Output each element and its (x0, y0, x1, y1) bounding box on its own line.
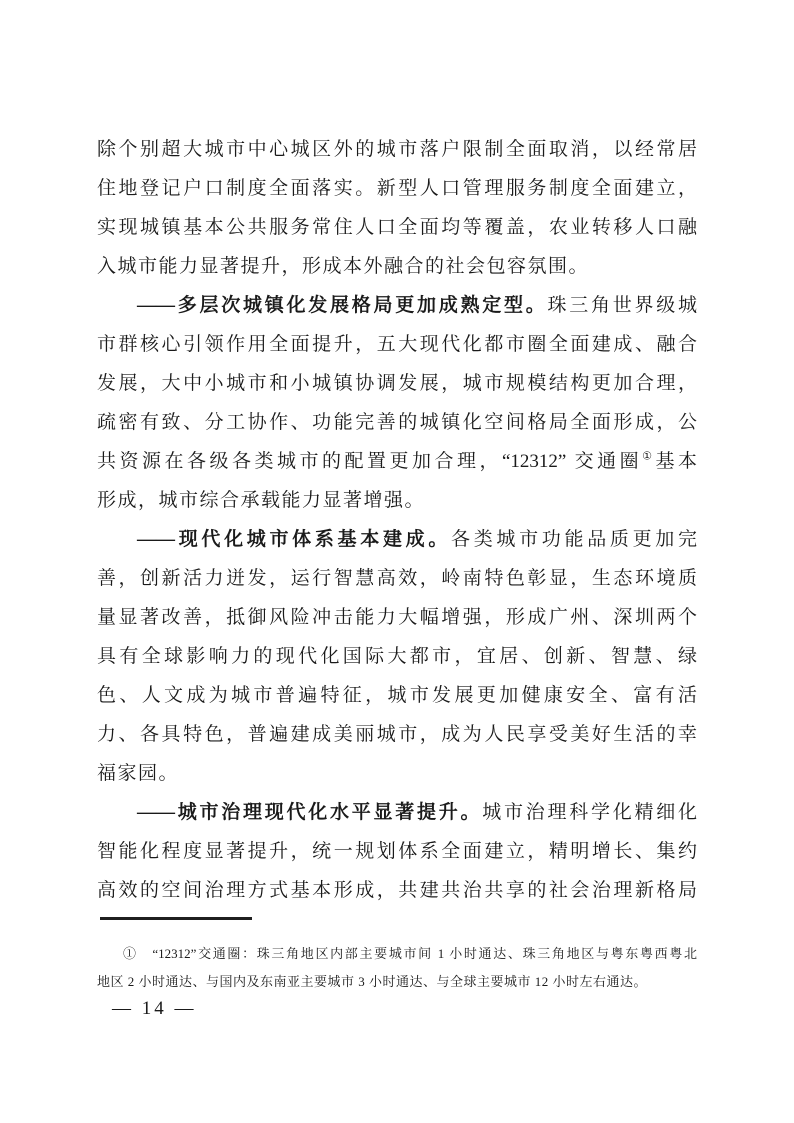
text-run: 具有全球影响力的现代化国际大都市，宜居、创新、智慧、绿 (97, 646, 697, 667)
text-run: 高效的空间治理方式基本形成，共建共治共享的社会治理新格局 (97, 880, 697, 901)
document-body: 除个别超大城市中心城区外的城市落户限制全面取消，以经常居住地登记户口制度全面落实… (97, 130, 697, 910)
text-line: 住地登记户口制度全面落实。新型人口管理服务制度全面建立， (97, 169, 697, 208)
text-run: 各类城市功能品质更加完 (451, 529, 697, 550)
text-line: 高效的空间治理方式基本形成，共建共治共享的社会治理新格局 (97, 871, 697, 910)
text-line: 智能化程度显著提升，统一规划体系全面建立，精明增长、集约 (97, 832, 697, 871)
text-run: 共资源在各级各类城市的配置更加合理，“12312” 交通圈 (97, 451, 642, 472)
text-line: 地区 2 小时通达、与国内及东南亚主要城市 3 小时通达、与全球主要城市 12 … (97, 968, 697, 996)
paragraph: ——现代化城市体系基本建成。各类城市功能品质更加完善，创新活力迸发，运行智慧高效… (97, 520, 697, 793)
text-run: 色、人文成为城市普遍特征，城市发展更加健康安全、富有活 (97, 685, 697, 706)
page-number: — 14 — (112, 998, 197, 1020)
text-run: ① “12312”交通圈：珠三角地区内部主要城市间 1 小时通达、珠三角地区与粤… (123, 946, 697, 961)
text-run: 实现城镇基本公共服务常住人口全面均等覆盖，农业转移人口融 (97, 217, 697, 238)
text-line: 力、各具特色，普遍建成美丽城市，成为人民享受美好生活的幸 (97, 715, 697, 754)
text-line: 市群核心引领作用全面提升，五大现代化都市圈全面建成、融合 (97, 325, 697, 364)
text-run: 基本 (655, 451, 697, 472)
text-run: 善，创新活力迸发，运行智慧高效，岭南特色彰显，生态环境质 (97, 568, 697, 589)
text-line: 发展，大中小城市和小城镇协调发展，城市规模结构更加合理， (97, 364, 697, 403)
footnote: ① “12312”交通圈：珠三角地区内部主要城市间 1 小时通达、珠三角地区与粤… (97, 940, 697, 996)
paragraph: ——城市治理现代化水平显著提升。城市治理科学化精细化智能化程度显著提升，统一规划… (97, 793, 697, 910)
text-line: 福家园。 (97, 754, 697, 793)
heading-run: ——多层次城镇化发展格局更加成熟定型。 (137, 295, 547, 316)
text-line: 具有全球影响力的现代化国际大都市，宜居、创新、智慧、绿 (97, 637, 697, 676)
text-line: ——城市治理现代化水平显著提升。城市治理科学化精细化 (97, 793, 697, 832)
text-line: 入城市能力显著提升，形成本外融合的社会包容氛围。 (97, 247, 697, 286)
text-line: 疏密有致、分工协作、功能完善的城镇化空间格局全面形成，公 (97, 403, 697, 442)
text-run: 量显著改善，抵御风险冲击能力大幅增强，形成广州、深圳两个 (97, 607, 697, 628)
text-line: 形成，城市综合承载能力显著增强。 (97, 481, 697, 520)
text-line: 色、人文成为城市普遍特征，城市发展更加健康安全、富有活 (97, 676, 697, 715)
text-run: 市群核心引领作用全面提升，五大现代化都市圈全面建成、融合 (97, 334, 697, 355)
document-page: { "page": { "number_label": "— 14 —", "b… (0, 0, 794, 1123)
text-run: 入城市能力显著提升，形成本外融合的社会包容氛围。 (97, 256, 589, 277)
text-run: 城市治理科学化精细化 (482, 802, 697, 823)
text-line: 实现城镇基本公共服务常住人口全面均等覆盖，农业转移人口融 (97, 208, 697, 247)
heading-run: ——现代化城市体系基本建成。 (137, 529, 451, 550)
text-run: 形成，城市综合承载能力显著增强。 (97, 490, 425, 511)
heading-run: ——城市治理现代化水平显著提升。 (137, 802, 482, 823)
text-run: 力、各具特色，普遍建成美丽城市，成为人民享受美好生活的幸 (97, 724, 697, 745)
text-run: 疏密有致、分工协作、功能完善的城镇化空间格局全面形成，公 (97, 412, 697, 433)
paragraph: ——多层次城镇化发展格局更加成熟定型。珠三角世界级城市群核心引领作用全面提升，五… (97, 286, 697, 520)
text-run: 福家园。 (97, 763, 179, 784)
text-line: 除个别超大城市中心城区外的城市落户限制全面取消，以经常居 (97, 130, 697, 169)
text-run: 珠三角世界级城 (547, 295, 697, 316)
text-run: 智能化程度显著提升，统一规划体系全面建立，精明增长、集约 (97, 841, 697, 862)
text-line: 善，创新活力迸发，运行智慧高效，岭南特色彰显，生态环境质 (97, 559, 697, 598)
footnote-divider (100, 917, 252, 920)
text-run: 除个别超大城市中心城区外的城市落户限制全面取消，以经常居 (97, 139, 697, 160)
text-run: 住地登记户口制度全面落实。新型人口管理服务制度全面建立， (97, 178, 697, 199)
paragraph: 除个别超大城市中心城区外的城市落户限制全面取消，以经常居住地登记户口制度全面落实… (97, 130, 697, 286)
text-line: ——现代化城市体系基本建成。各类城市功能品质更加完 (97, 520, 697, 559)
text-line: 共资源在各级各类城市的配置更加合理，“12312” 交通圈①基本 (97, 442, 697, 481)
text-run: 发展，大中小城市和小城镇协调发展，城市规模结构更加合理， (97, 373, 697, 394)
text-line: ——多层次城镇化发展格局更加成熟定型。珠三角世界级城 (97, 286, 697, 325)
footnote-ref: ① (642, 451, 655, 463)
text-run: 地区 2 小时通达、与国内及东南亚主要城市 3 小时通达、与全球主要城市 12 … (97, 974, 647, 989)
text-line: ① “12312”交通圈：珠三角地区内部主要城市间 1 小时通达、珠三角地区与粤… (97, 940, 697, 968)
text-line: 量显著改善，抵御风险冲击能力大幅增强，形成广州、深圳两个 (97, 598, 697, 637)
